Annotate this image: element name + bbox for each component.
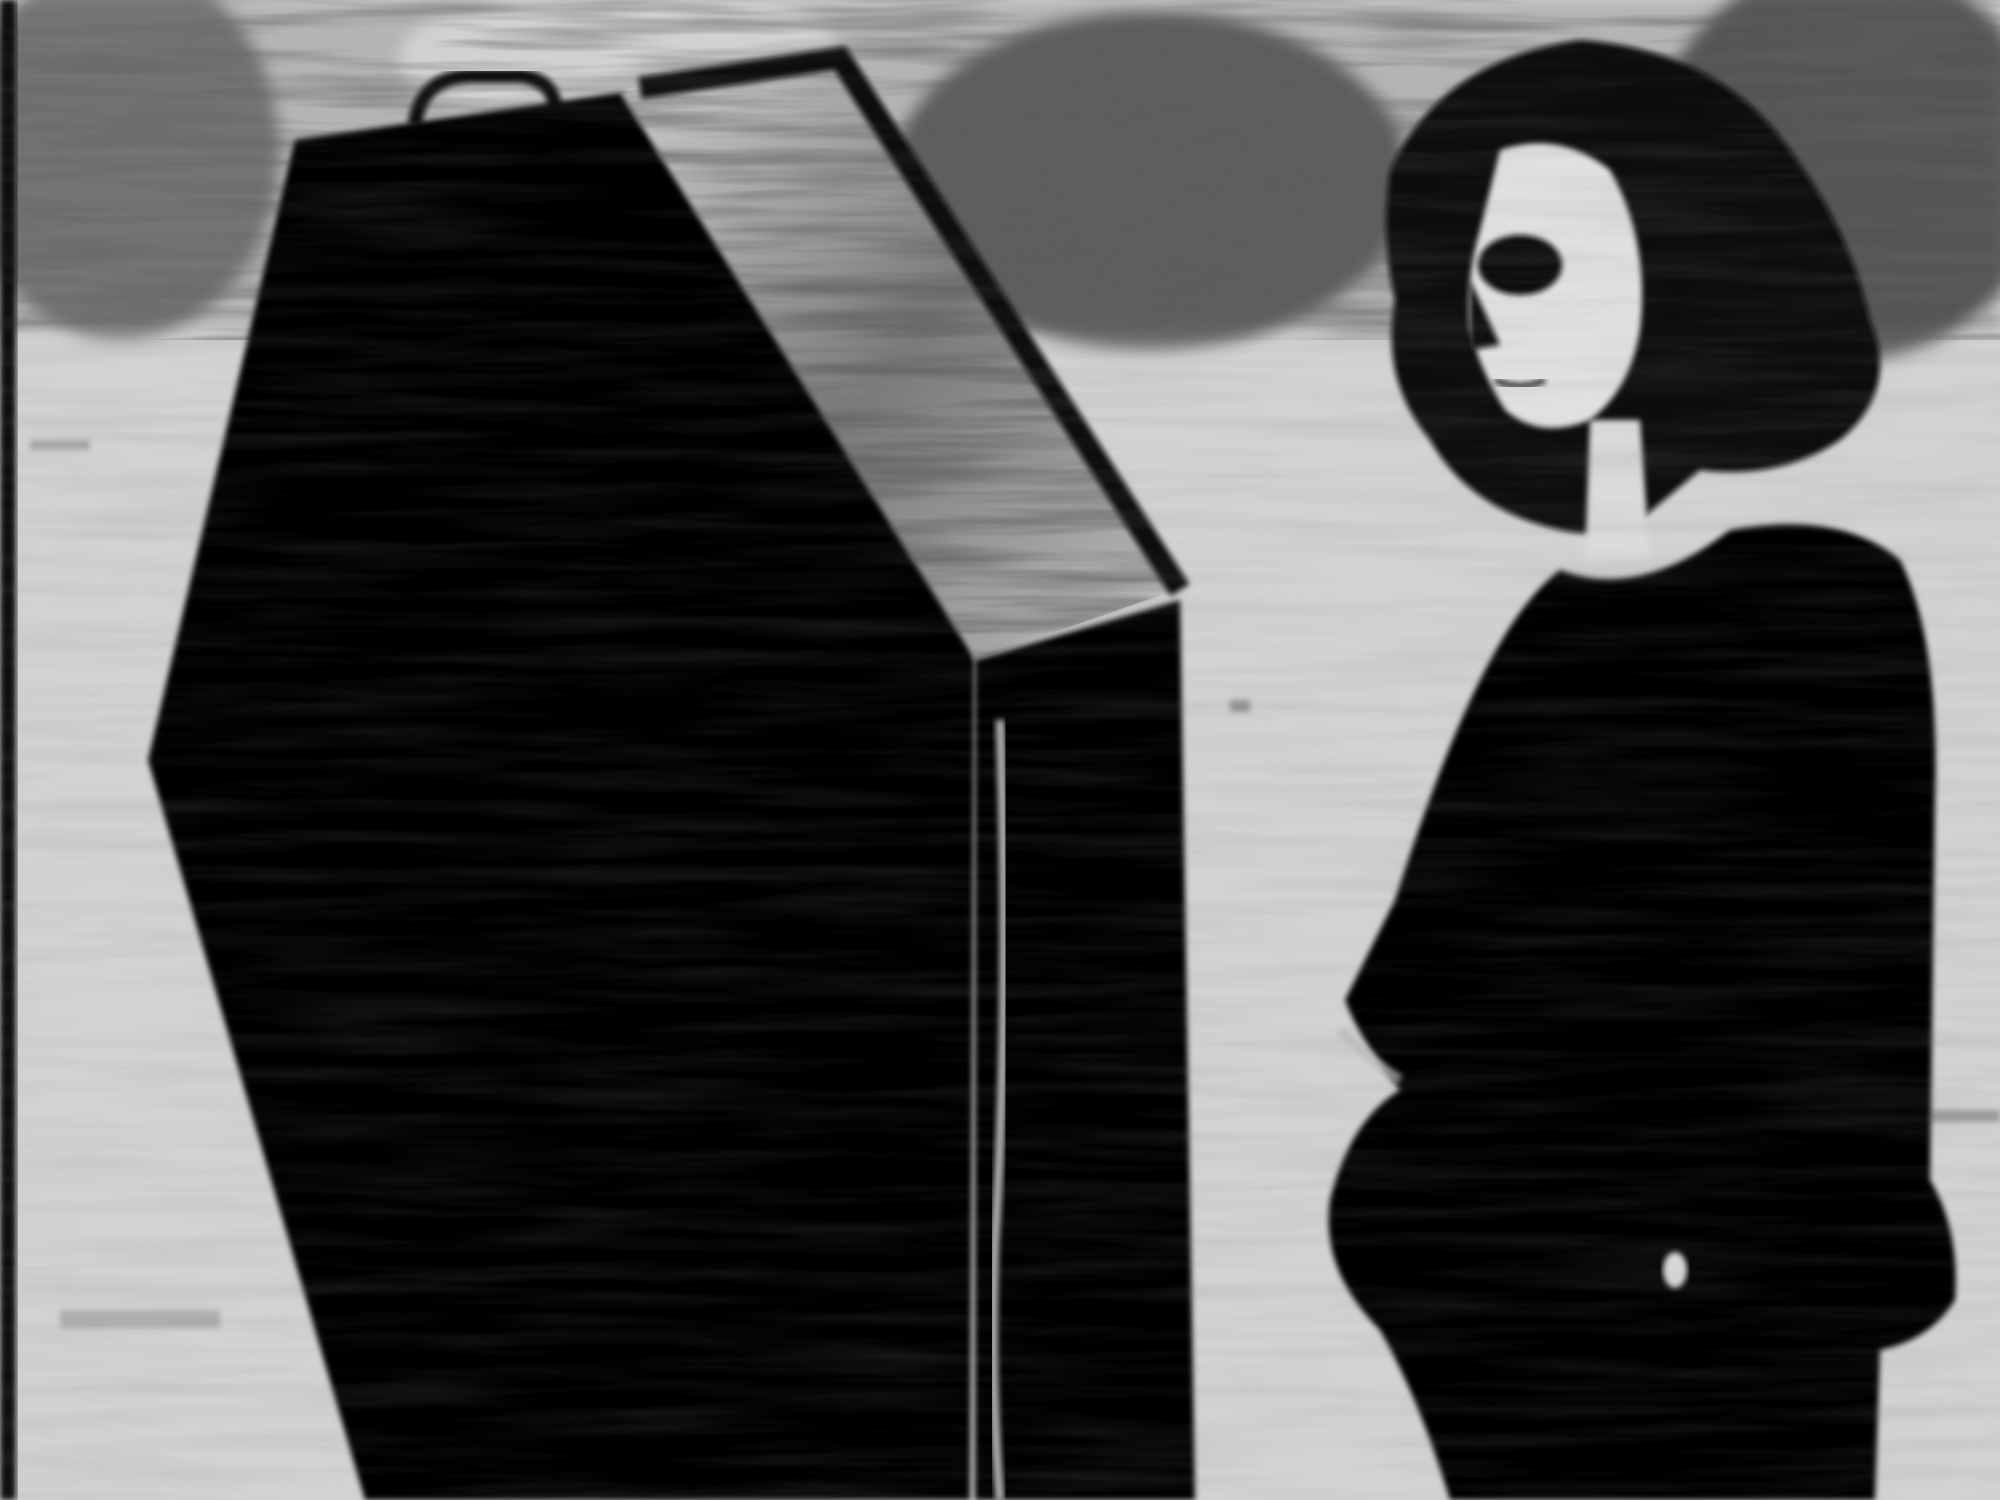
film-grain-overlay xyxy=(0,0,2000,1500)
film-still-scene xyxy=(0,0,2000,1500)
photo xyxy=(0,0,2000,1500)
